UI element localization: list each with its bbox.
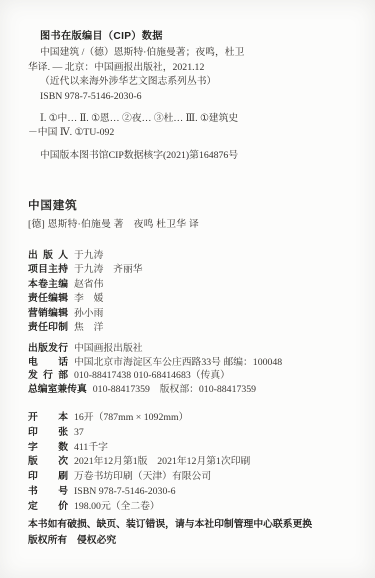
print-specs: 开本16开（787mm × 1092mm） 印张37 字数411千字 版次202… (28, 411, 363, 515)
staff-row-marketing-editor: 营销编辑孙小雨 (28, 307, 363, 321)
publisher-value: 中国画报出版社 (74, 343, 143, 354)
cip-classification-line: －中国 Ⅳ. ①TU-092 (28, 126, 358, 140)
spec-row-edition: 版次2021年12月第1版 2021年12月第1次印刷 (28, 455, 363, 470)
spec-row-price: 定价198.00元（全二卷） (28, 500, 363, 515)
staff-label: 营销编辑 (28, 307, 68, 321)
spec-row-format: 开本16开（787mm × 1092mm） (28, 411, 363, 426)
book-title: 中国建筑 (28, 197, 78, 213)
staff-label: 出版人 (28, 249, 68, 263)
staff-label: 责任印制 (28, 321, 68, 335)
staff-row-volume-editor: 本卷主编赵省伟 (28, 278, 363, 292)
spec-label: 书号 (28, 485, 68, 500)
spec-value: 411千字 (74, 442, 108, 453)
publisher-value: 010-88417359 版权部：010-88417359 (93, 384, 256, 395)
copyright-notice: 版权所有 侵权必究 (28, 533, 363, 549)
publisher-row-address: 电话中国北京市海淀区车公庄西路33号 邮编：100048 (28, 356, 363, 370)
publisher-label: 总编室兼传真 (28, 383, 87, 397)
copyright-page: 图书在版编目（CIP）数据 中国建筑 /（德）恩斯特·伯施曼著；夜鸣，杜卫 华译… (0, 0, 375, 578)
spec-label: 定价 (28, 500, 68, 515)
cip-series-line: （近代以来海外涉华艺文图志系列丛书） (28, 75, 358, 90)
spec-label: 字数 (28, 441, 68, 456)
staff-row-managing-editor: 责任编辑李 媛 (28, 292, 363, 306)
staff-credits: 出版人于九涛 项目主持于九涛 齐丽华 本卷主编赵省伟 责任编辑李 媛 营销编辑孙… (28, 249, 363, 335)
cip-description: 中国建筑 /（德）恩斯特·伯施曼著；夜鸣，杜卫 华译. — 北京：中国画报出版社… (28, 46, 358, 104)
spec-row-sheets: 印张37 (28, 426, 363, 441)
staff-value: 于九涛 齐丽华 (74, 264, 143, 275)
publisher-label: 发行部 (28, 369, 68, 383)
staff-label: 责任编辑 (28, 292, 68, 306)
publisher-row-editorial-fax: 总编室兼传真010-88417359 版权部：010-88417359 (28, 383, 363, 397)
staff-value: 于九涛 (74, 250, 103, 261)
cip-classification: Ⅰ. ①中… Ⅱ. ①恩… ②夜… ③杜… Ⅲ. ①建筑史 －中国 Ⅳ. ①TU… (28, 112, 358, 140)
staff-value: 李 媛 (74, 293, 103, 304)
staff-value: 孙小雨 (74, 308, 103, 319)
spec-value: 16开（787mm × 1092mm） (74, 412, 188, 423)
spec-value: ISBN 978-7-5146-2030-6 (74, 486, 176, 497)
publisher-value: 中国北京市海淀区车公庄西路33号 邮编：100048 (74, 357, 282, 368)
staff-label: 项目主持 (28, 263, 68, 277)
spec-label: 版次 (28, 455, 68, 470)
spec-row-printer: 印刷万卷书坊印刷（天津）有限公司 (28, 470, 363, 485)
publisher-row-imprint: 出版发行中国画报出版社 (28, 342, 363, 356)
publisher-label: 电话 (28, 356, 68, 370)
cip-line: 华译. — 北京：中国画报出版社，2021.12 (28, 61, 358, 76)
legal-notice: 本书如有破损、缺页、装订错误，请与本社印制管理中心联系更换 版权所有 侵权必究 (28, 517, 363, 549)
staff-value: 赵省伟 (74, 279, 103, 290)
cip-record-number: 中国版本图书馆CIP数据核字(2021)第164876号 (40, 147, 238, 161)
spec-label: 开本 (28, 411, 68, 426)
book-byline: [德] 恩斯特·伯施曼 著 夜鸣 杜卫华 译 (28, 216, 199, 230)
replacement-notice: 本书如有破损、缺页、装订错误，请与本社印制管理中心联系更换 (28, 517, 363, 533)
staff-row-print-supervisor: 责任印制焦 洋 (28, 321, 363, 335)
spec-row-word-count: 字数411千字 (28, 441, 363, 456)
staff-row-publisher-person: 出版人于九涛 (28, 249, 363, 263)
cip-header: 图书在版编目（CIP）数据 (40, 27, 163, 42)
staff-value: 焦 洋 (74, 322, 103, 333)
publisher-row-distribution: 发行部010-88417438 010-68414683（传真） (28, 369, 363, 383)
staff-row-project-lead: 项目主持于九涛 齐丽华 (28, 263, 363, 277)
publisher-label: 出版发行 (28, 342, 68, 356)
cip-classification-line: Ⅰ. ①中… Ⅱ. ①恩… ②夜… ③杜… Ⅲ. ①建筑史 (28, 112, 358, 126)
spec-value: 37 (74, 427, 84, 438)
spec-row-isbn: 书号ISBN 978-7-5146-2030-6 (28, 485, 363, 500)
spec-value: 198.00元（全二卷） (74, 501, 160, 512)
publisher-info: 出版发行中国画报出版社 电话中国北京市海淀区车公庄西路33号 邮编：100048… (28, 342, 363, 397)
cip-isbn-line: ISBN 978-7-5146-2030-6 (28, 90, 358, 105)
publisher-value: 010-88417438 010-68414683（传真） (74, 370, 230, 381)
spec-value: 2021年12月第1版 2021年12月第1次印刷 (74, 456, 250, 467)
spec-label: 印张 (28, 426, 68, 441)
cip-line: 中国建筑 /（德）恩斯特·伯施曼著；夜鸣，杜卫 (28, 46, 358, 61)
staff-label: 本卷主编 (28, 278, 68, 292)
spec-value: 万卷书坊印刷（天津）有限公司 (74, 471, 211, 482)
spec-label: 印刷 (28, 470, 68, 485)
